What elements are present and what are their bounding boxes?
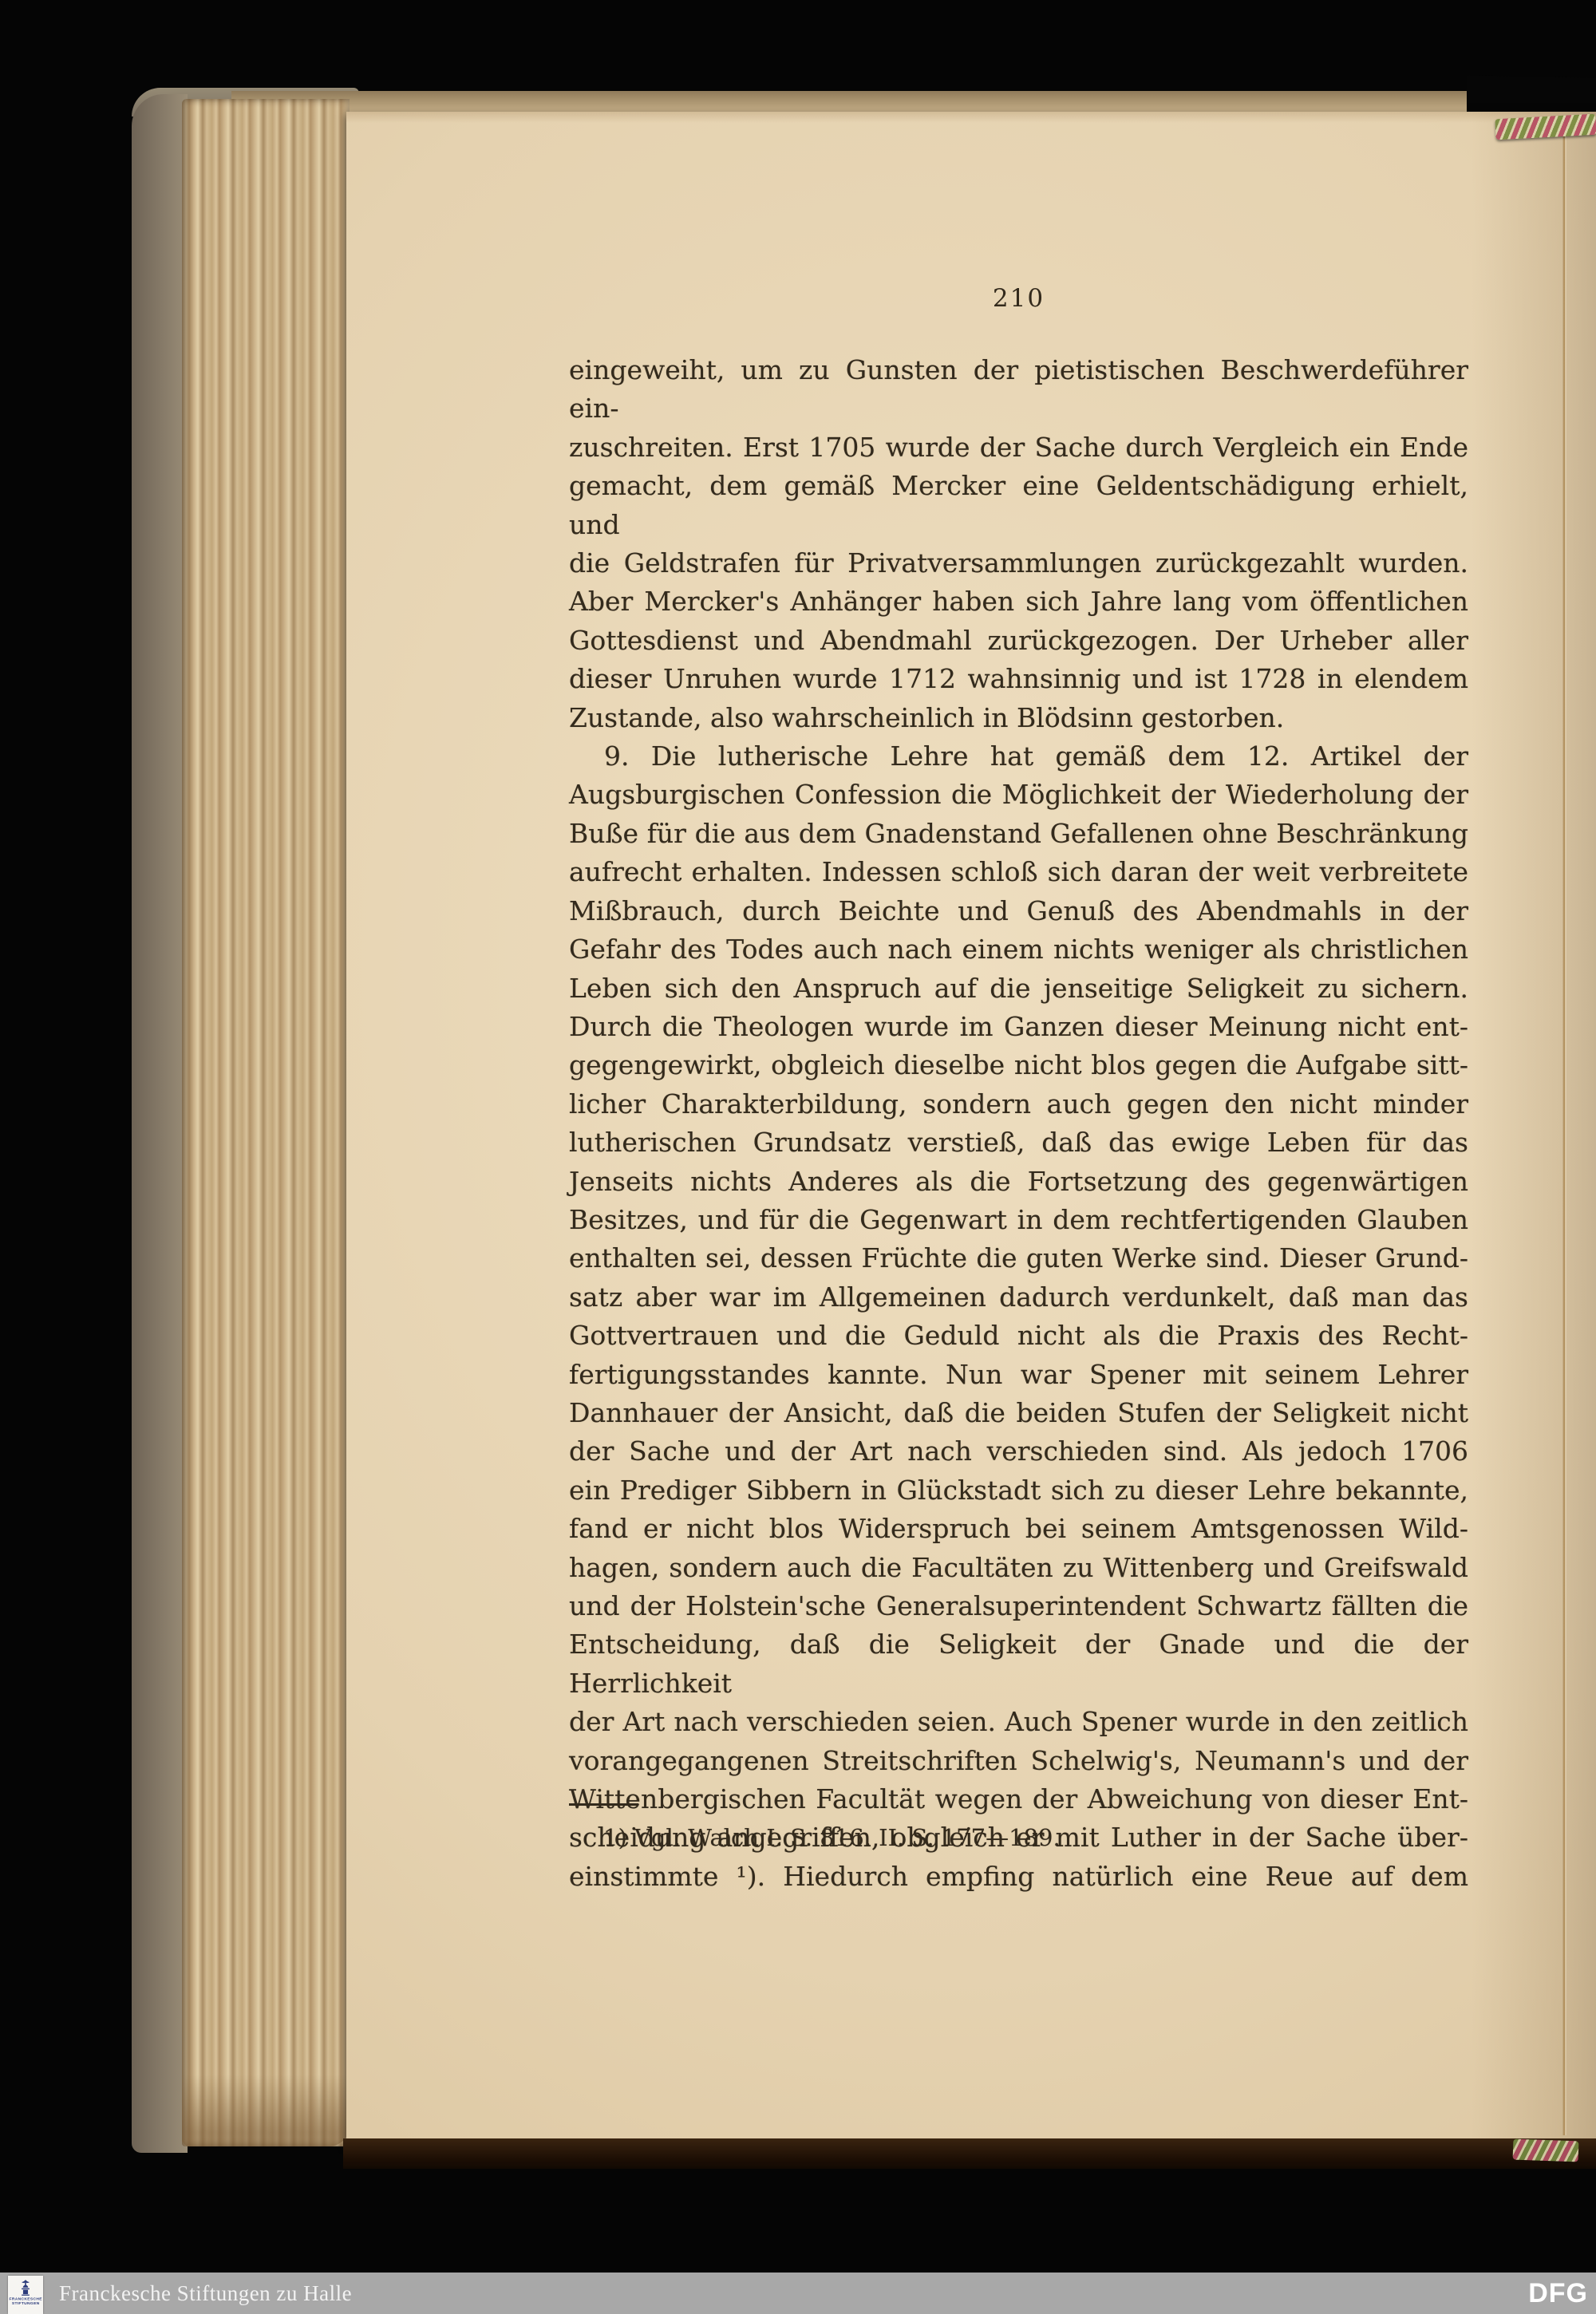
text-line: und der Holstein'sche Generalsuperintend… [569,1587,1468,1625]
book-page: 210 eingeweiht, um zu Gunsten der pietis… [346,112,1596,2143]
text-line: Augsburgischen Confession die Möglichkei… [569,776,1468,814]
text-line: aufrecht erhalten. Indessen schloß sich … [569,853,1468,891]
text-line: gegengewirkt, obgleich dieselbe nicht bl… [569,1046,1468,1084]
text-line: Jenseits nichts Anderes als die Fortsetz… [569,1163,1468,1201]
text-line: Gottesdienst und Abendmahl zurückgezogen… [569,622,1468,660]
text-line: Gottvertrauen und die Geduld nicht als d… [569,1317,1468,1355]
page-number: 210 [569,284,1468,313]
text-line: 9. Die lutherische Lehre hat gemäß dem 1… [569,737,1468,776]
text-line: einstimmte ¹). Hiedurch empfing natürlic… [569,1858,1468,1896]
text-line: satz aber war im Allgemeinen dadurch ver… [569,1278,1468,1317]
library-name-label: Franckesche Stiftungen zu Halle [59,2273,352,2314]
franckesche-eagle-icon [18,2278,33,2297]
text-line: ein Prediger Sibbern in Glückstadt sich … [569,1471,1468,1510]
text-line: enthalten sei, dessen Früchte die guten … [569,1239,1468,1277]
text-line: zuschreiten. Erst 1705 wurde der Sache d… [569,428,1468,467]
text-line: gemacht, dem gemäß Mercker eine Geldents… [569,467,1468,544]
book-cover-spine-edge [132,94,188,2153]
text-line: der Art nach verschieden seien. Auch Spe… [569,1703,1468,1741]
text-line: der Sache und der Art nach verschieden s… [569,1432,1468,1471]
logo-text-line1: FRANCKESCHE [9,2297,41,2301]
text-line: eingeweiht, um zu Gunsten der pietistisc… [569,351,1468,428]
text-line: Dannhauer der Ansicht, daß die beiden St… [569,1394,1468,1432]
page-gutter-fold [1562,121,1566,2135]
text-line: Buße für die aus dem Gnadenstand Gefalle… [569,815,1468,853]
franckesche-logo-box: FRANCKESCHE STIFTUNGEN [8,2276,43,2314]
body-text: eingeweiht, um zu Gunsten der pietistisc… [569,351,1468,1896]
text-line: licher Charakterbildung, sondern auch ge… [569,1085,1468,1123]
text-line: Entscheidung, daß die Seligkeit der Gnad… [569,1625,1468,1703]
text-line: Zustande, also wahrscheinlich in Blödsin… [569,699,1468,737]
logo-text-line2: STIFTUNGEN [9,2301,41,2305]
text-line: lutherischen Grundsatz verstieß, daß das… [569,1123,1468,1162]
text-line: Gefahr des Todes auch nach einem nichts … [569,930,1468,969]
text-line: vorangegangenen Streitschriften Schelwig… [569,1742,1468,1780]
digitization-footer-bar: FRANCKESCHE STIFTUNGEN Franckesche Stift… [0,2273,1596,2314]
footnote-text: 1) Vgl. Walch I. S. 816. II. S. 177—189. [603,1824,1465,1851]
text-line: Besitzes, und für die Gegenwart in dem r… [569,1201,1468,1239]
text-line: die Geldstrafen für Privatversammlungen … [569,544,1468,582]
book-cover-bottom-edge [343,2138,1596,2169]
text-line: Leben sich den Anspruch auf die jenseiti… [569,969,1468,1008]
dfg-logo: DFG [1528,2273,1588,2314]
text-line: Durch die Theologen wurde im Ganzen dies… [569,1008,1468,1046]
text-line: fertigungsstandes kannte. Nun war Spener… [569,1356,1468,1394]
page-fore-edge-stack [182,99,350,2146]
text-line: hagen, sondern auch die Facultäten zu Wi… [569,1549,1468,1587]
text-line: Mißbrauch, durch Beichte und Genuß des A… [569,892,1468,930]
text-line: fand er nicht blos Widerspruch bei seine… [569,1510,1468,1548]
book-tailband [1513,2139,1579,2162]
book-scan-canvas: 210 eingeweiht, um zu Gunsten der pietis… [0,0,1596,2314]
text-line: Wittenbergischen Facultät wegen der Abwe… [569,1780,1468,1818]
text-line: dieser Unruhen wurde 1712 wahnsinnig und… [569,660,1468,698]
footnote-divider [569,1803,638,1806]
text-line: Aber Mercker's Anhänger haben sich Jahre… [569,582,1468,621]
